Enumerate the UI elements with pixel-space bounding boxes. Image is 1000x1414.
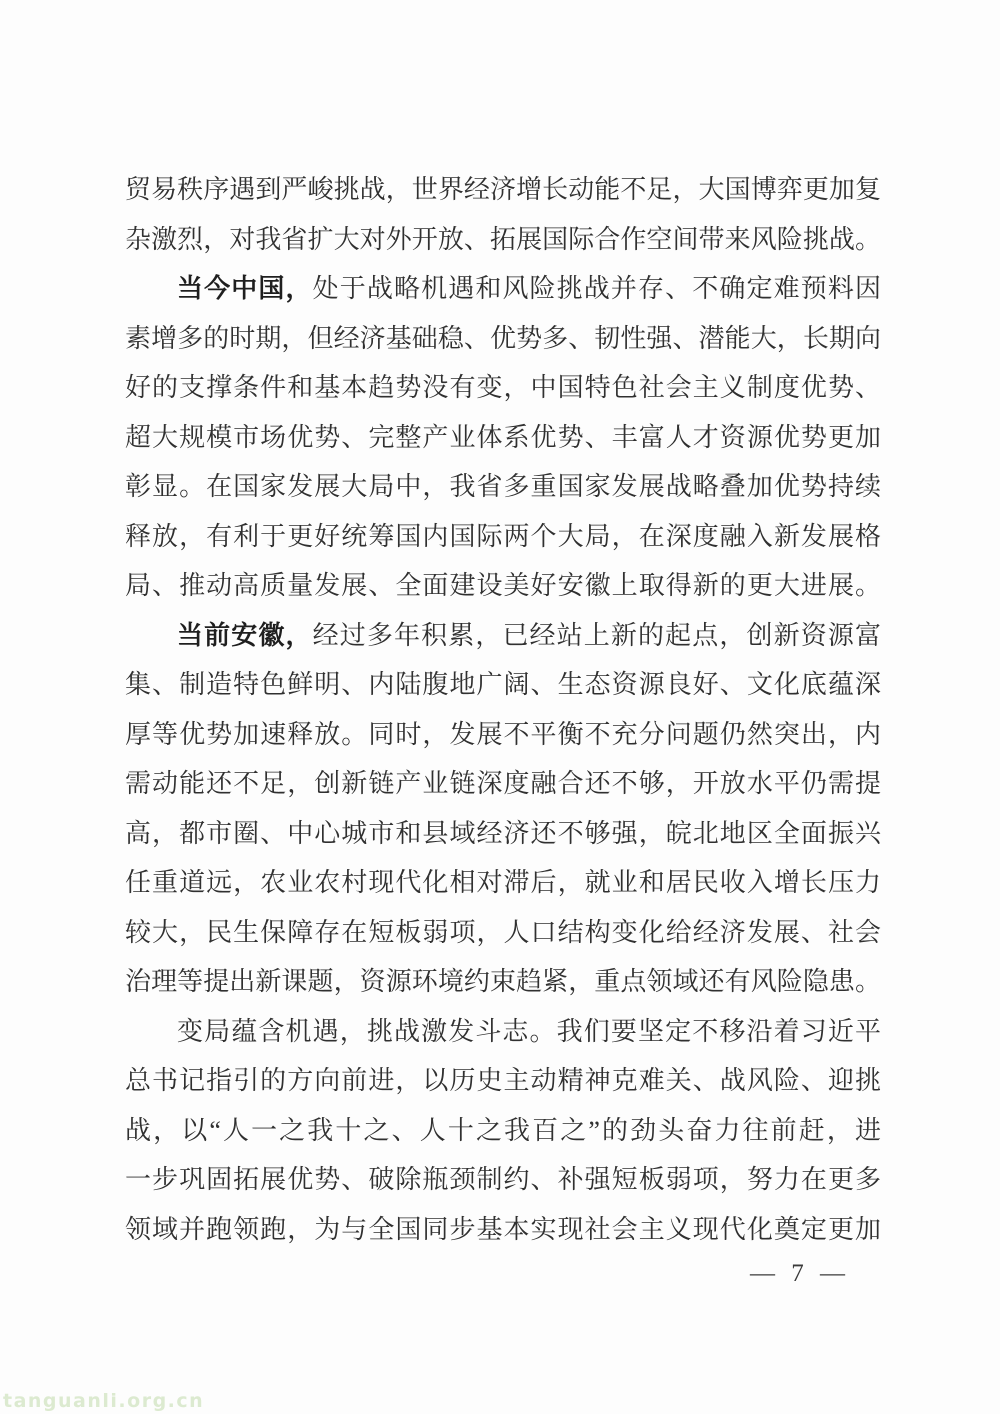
text-line: 当今中国，处于战略机遇和风险挑战并存、不确定难预料因 <box>125 264 881 314</box>
page-number: — 7 — <box>750 1260 850 1288</box>
text-line: 变局蕴含机遇，挑战激发斗志。我们要坚定不移沿着习近平 <box>125 1007 881 1057</box>
line-text: 经过多年积累，已经站上新的起点，创新资源富 <box>313 621 881 650</box>
text-line: 局、推动高质量发展、全面建设美好安徽上取得新的更大进展。 <box>125 561 881 611</box>
watermark: tanguanli.org.cn <box>3 1390 204 1412</box>
document-text-block: 贸易秩序遇到严峻挑战，世界经济增长动能不足，大国博弈更加复 杂激烈，对我省扩大对… <box>125 165 881 1254</box>
text-line: 彰显。在国家发展大局中，我省多重国家发展战略叠加优势持续 <box>125 462 881 512</box>
paragraph-lead-bold: 当今中国， <box>177 273 313 303</box>
text-line: 释放，有利于更好统筹国内国际两个大局，在深度融入新发展格 <box>125 512 881 562</box>
text-line: 集、制造特色鲜明、内陆腹地广阔、生态资源良好、文化底蕴深 <box>125 660 881 710</box>
text-line: 领域并跑领跑，为与全国同步基本实现社会主义现代化奠定更加 <box>125 1205 881 1255</box>
text-line: 杂激烈，对我省扩大对外开放、拓展国际合作空间带来风险挑战。 <box>125 215 881 265</box>
text-line: 当前安徽，经过多年积累，已经站上新的起点，创新资源富 <box>125 611 881 661</box>
text-line: 治理等提出新课题，资源环境约束趋紧，重点领域还有风险隐患。 <box>125 957 881 1007</box>
text-line: 高，都市圈、中心城市和县域经济还不够强，皖北地区全面振兴 <box>125 809 881 859</box>
text-line: 贸易秩序遇到严峻挑战，世界经济增长动能不足，大国博弈更加复 <box>125 165 881 215</box>
line-text: 处于战略机遇和风险挑战并存、不确定难预料因 <box>313 274 881 303</box>
text-line: 较大，民生保障存在短板弱项，人口结构变化给经济发展、社会 <box>125 908 881 958</box>
document-page: 贸易秩序遇到严峻挑战，世界经济增长动能不足，大国博弈更加复 杂激烈，对我省扩大对… <box>0 0 1000 1414</box>
text-line: 素增多的时期，但经济基础稳、优势多、韧性强、潜能大，长期向 <box>125 314 881 364</box>
paragraph-lead-bold: 当前安徽， <box>177 620 313 650</box>
text-line: 需动能还不足，创新链产业链深度融合还不够，开放水平仍需提 <box>125 759 881 809</box>
text-line: 一步巩固拓展优势、破除瓶颈制约、补强短板弱项，努力在更多 <box>125 1155 881 1205</box>
text-line: 厚等优势加速释放。同时，发展不平衡不充分问题仍然突出，内 <box>125 710 881 760</box>
text-line: 总书记指引的方向前进，以历史主动精神克难关、战风险、迎挑 <box>125 1056 881 1106</box>
text-line: 战，以“人一之我十之、人十之我百之”的劲头奋力往前赶，进 <box>125 1106 881 1156</box>
text-line: 超大规模市场优势、完整产业体系优势、丰富人才资源优势更加 <box>125 413 881 463</box>
text-line: 好的支撑条件和基本趋势没有变，中国特色社会主义制度优势、 <box>125 363 881 413</box>
text-line: 任重道远，农业农村现代化相对滞后，就业和居民收入增长压力 <box>125 858 881 908</box>
